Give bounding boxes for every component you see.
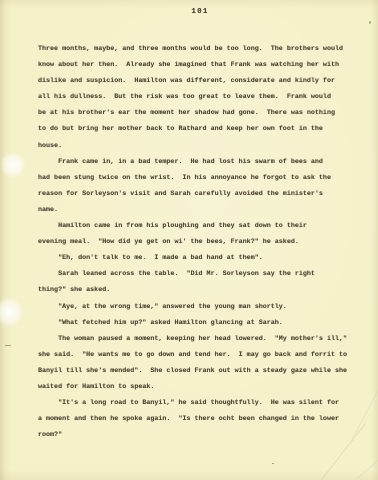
text-line: reason for Sorleyson's visit and Sarah c… <box>38 186 368 202</box>
text-line: "Aye, at the wrong time," answered the y… <box>38 299 368 315</box>
paper-speck <box>5 345 11 346</box>
text-line: "Eh, don't talk to me. I made a bad hand… <box>38 250 368 266</box>
text-line: know about her then. Already she imagine… <box>38 57 368 73</box>
text-line: thing?" she asked. <box>38 282 368 298</box>
typewritten-text-block: Three months, maybe, and three months wo… <box>38 41 368 443</box>
page-number: 101 <box>11 8 378 16</box>
document-page: 101 Three months, maybe, and three month… <box>0 0 378 480</box>
paper-crease <box>356 453 378 480</box>
text-line: name. <box>38 202 368 218</box>
text-line: Hamilton came in from his ploughing and … <box>38 218 368 234</box>
text-line: waited for Hamilton to speak. <box>38 379 368 395</box>
text-line: to do but bring her mother back to Ratha… <box>38 121 368 137</box>
text-line: dislike and suspicion. Hamilton was diff… <box>38 73 368 89</box>
text-line: Frank came in, in a bad temper. He had l… <box>38 154 368 170</box>
text-line: a moment and then he spoke again. "Is th… <box>38 411 368 427</box>
paper-speck <box>272 463 274 464</box>
text-line: all his dullness. But the risk was too g… <box>38 89 368 105</box>
paper-flaw-spot <box>0 296 23 328</box>
text-line: be at his brother's ear the moment her s… <box>38 105 368 121</box>
text-line: "It's a long road to Banyil," he said th… <box>38 395 368 411</box>
text-line: house. <box>38 138 368 154</box>
text-line: Banyil till she's mended". She closed Fr… <box>38 363 368 379</box>
text-line: evening meal. "How did ye get on wi' the… <box>38 234 368 250</box>
paper-flaw-spot <box>1 151 25 179</box>
text-line: Sarah leaned across the table. "Did Mr. … <box>38 266 368 282</box>
text-line: had been stung twice on the wrist. In hi… <box>38 170 368 186</box>
text-line: Three months, maybe, and three months wo… <box>38 41 368 57</box>
text-line: she said. "He wants me to go down and te… <box>38 347 368 363</box>
text-line: The woman paused a moment, keeping her h… <box>38 331 368 347</box>
text-line: room?" <box>38 427 368 443</box>
paper-speck <box>369 21 371 24</box>
text-line: "What fetched him up?" asked Hamilton gl… <box>38 315 368 331</box>
